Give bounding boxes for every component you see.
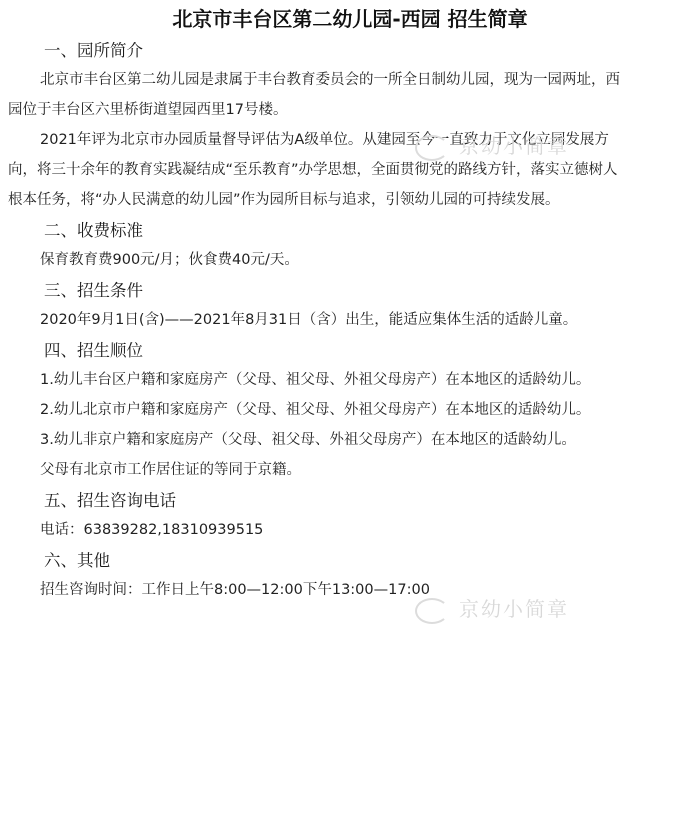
section-heading-fees: 二、收费标准 [44, 217, 143, 241]
conditions-text: 2020年9月1日(含)——2021年8月31日（含）出生，能适应集体生活的适龄… [40, 308, 577, 329]
intro-paragraph-2-line-2: 向，将三十余年的教育实践凝结成“至乐教育”办学思想，全面贯彻党的路线方针，落实立… [8, 158, 618, 179]
intro-paragraph-2-line-3: 根本任务，将“办人民满意的幼儿园”作为园所目标与追求，引领幼儿园的可持续发展。 [8, 188, 560, 209]
intro-paragraph-1-line-2: 园位于丰台区六里桥街道望园西里17号楼。 [8, 98, 287, 119]
watermark-top: 京幼小简章 [415, 130, 569, 161]
wechat-icon [415, 135, 449, 161]
section-heading-intro: 一、园所简介 [44, 37, 143, 61]
phone-text: 电话：63839282,18310939515 [40, 518, 263, 539]
page-title: 北京市丰台区第二幼儿园-西园 招生简章 [0, 3, 700, 32]
wechat-icon [415, 598, 449, 624]
section-heading-conditions: 三、招生条件 [44, 277, 143, 301]
priority-item-3: 3.幼儿非京户籍和家庭房产（父母、祖父母、外祖父母房产）在本地区的适龄幼儿。 [40, 428, 576, 449]
priority-note: 父母有北京市工作居住证的等同于京籍。 [40, 458, 301, 479]
fees-text: 保育教育费900元/月；伙食费40元/天。 [40, 248, 299, 269]
watermark-bottom: 京幼小简章 [415, 593, 569, 624]
priority-item-2: 2.幼儿北京市户籍和家庭房产（父母、祖父母、外祖父母房产）在本地区的适龄幼儿。 [40, 398, 590, 419]
section-heading-other: 六、其他 [44, 547, 110, 571]
consult-hours-text: 招生咨询时间：工作日上午8:00—12:00下午13:00—17:00 [40, 578, 430, 599]
section-heading-priority: 四、招生顺位 [44, 337, 143, 361]
priority-item-1: 1.幼儿丰台区户籍和家庭房产（父母、祖父母、外祖父母房产）在本地区的适龄幼儿。 [40, 368, 590, 389]
intro-paragraph-1-line-1: 北京市丰台区第二幼儿园是隶属于丰台教育委员会的一所全日制幼儿园，现为一园两址，西 [40, 68, 620, 89]
section-heading-phone: 五、招生咨询电话 [44, 487, 176, 511]
